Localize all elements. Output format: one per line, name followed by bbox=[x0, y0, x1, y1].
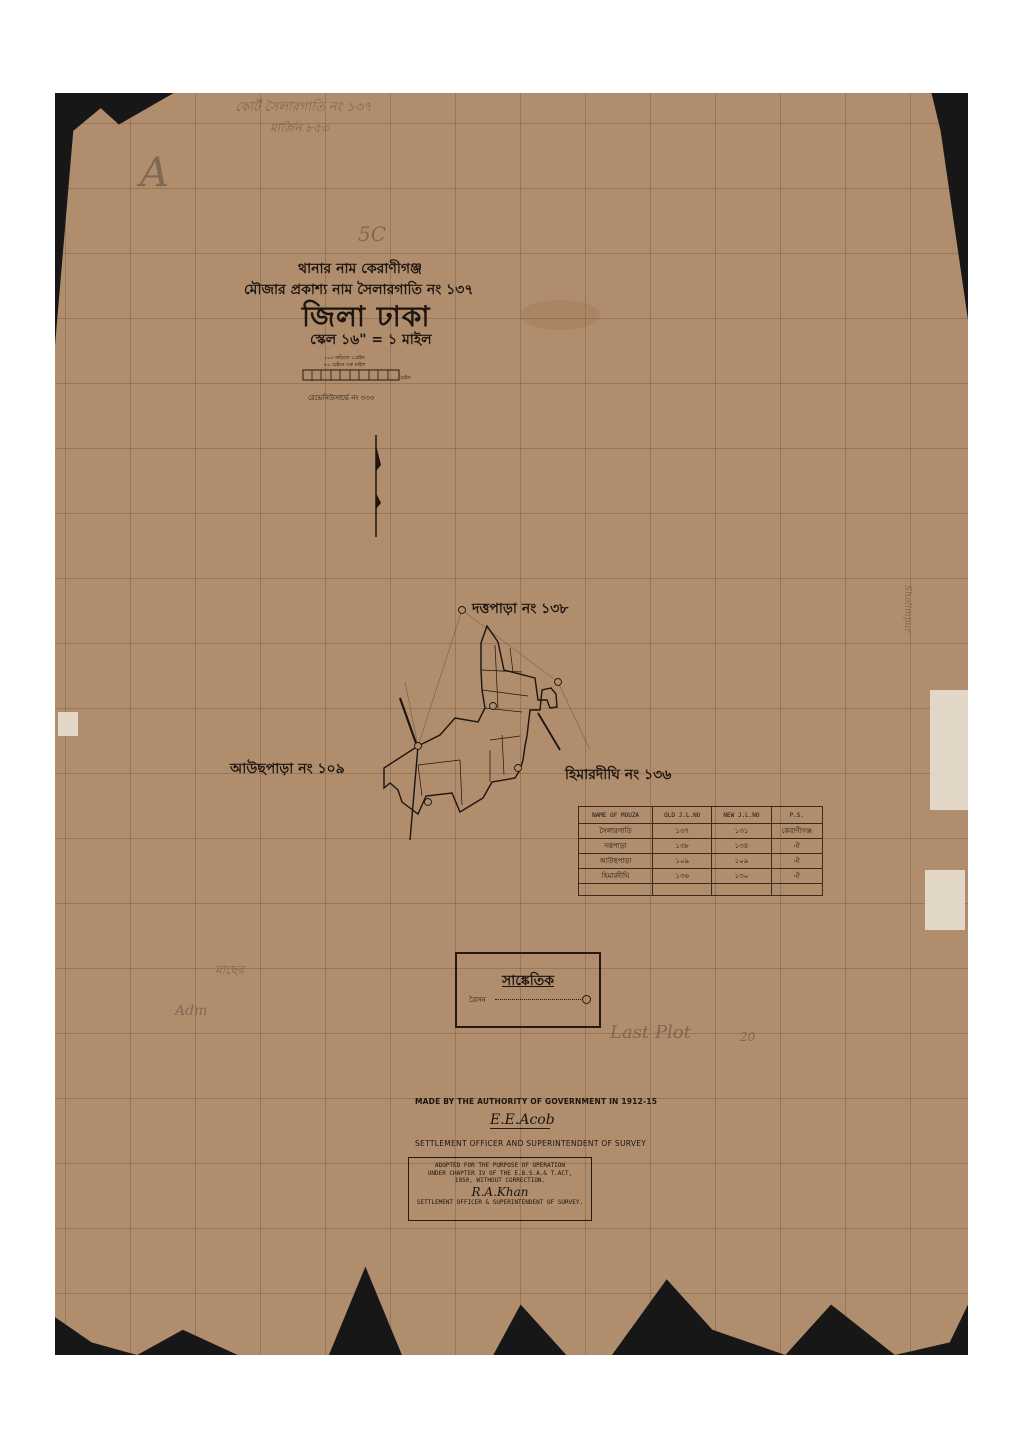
cell-mouza: আউছপাড়া bbox=[579, 854, 653, 869]
map-scale: স্কেল ১৬" = ১ মাইল bbox=[310, 328, 432, 352]
header-new-jl-no: NEW J.L.NO bbox=[712, 807, 771, 824]
made-by-authority: MADE BY THE AUTHORITY OF GOVERNMENT IN 1… bbox=[415, 1097, 657, 1106]
pencil-left-note-1: মাছের bbox=[215, 962, 244, 982]
cell-new-jl: ১৩৪ bbox=[712, 839, 771, 854]
pencil-note-top-2: মার্জিন ৮৫৩ bbox=[270, 120, 329, 140]
adoption-line-2: UNDER CHAPTER IV OF THE E.B.S.A.& T.ACT, bbox=[409, 1170, 591, 1178]
scale-bar-unit: চেইন bbox=[400, 375, 410, 383]
table-row bbox=[579, 884, 823, 896]
legend-title: সাঙ্কেতিক bbox=[457, 969, 599, 993]
cell-mouza bbox=[579, 884, 653, 896]
scale-bar-graphic bbox=[302, 369, 412, 383]
cell-mouza: হিমারদীঘি bbox=[579, 869, 653, 884]
cell-ps bbox=[771, 884, 822, 896]
signature-2: R.A.Khan bbox=[409, 1185, 591, 1199]
table-row: আউছপাড়া ১০৯ ১০৯ ঐ bbox=[579, 854, 823, 869]
header-name-of-mouza: NAME OF MOUZA bbox=[579, 807, 653, 824]
pencil-left-note-2: Adm bbox=[175, 1003, 207, 1019]
header-police-station: P.S. bbox=[771, 807, 822, 824]
legend-item-label: ত্রৈসন bbox=[469, 994, 486, 1006]
pencil-bottom-number: 20 bbox=[740, 1030, 755, 1044]
pencil-mark-a: A bbox=[140, 150, 169, 196]
cell-mouza: দত্তপাড়া bbox=[579, 839, 653, 854]
station-circle-icon bbox=[582, 995, 591, 1004]
adoption-line-1: ADOPTED FOR THE PURPOSE OF OPERATION bbox=[409, 1162, 591, 1170]
cell-old-jl: ১০৯ bbox=[653, 854, 712, 869]
table-row: সৈলারগাতি ১৩৭ ১৩১ কেরাণীগঞ্জ bbox=[579, 824, 823, 839]
adoption-line-3: 1950, WITHOUT CORRECTION. bbox=[409, 1177, 591, 1185]
revenue-survey-number: রেভেনিউসার্ভে নং ৩৩৩ bbox=[308, 392, 374, 404]
stain bbox=[520, 300, 600, 330]
cell-new-jl: ১৩১ bbox=[712, 824, 771, 839]
adjacent-mouza-east: হিমারদীঘি নং ১৩৬ bbox=[565, 763, 671, 787]
cell-new-jl: ১০৯ bbox=[712, 854, 771, 869]
pencil-side-note: Sholimpur bbox=[902, 585, 912, 633]
cell-ps: ঐ bbox=[771, 839, 822, 854]
cell-new-jl bbox=[712, 884, 771, 896]
cell-old-jl: ১৩৮ bbox=[653, 839, 712, 854]
tape-patch bbox=[930, 690, 968, 810]
cell-old-jl: ১৩৭ bbox=[653, 824, 712, 839]
adjacent-mouza-north: দত্তপাড়া নং ১৩৮ bbox=[472, 597, 568, 621]
header-old-jl-no: OLD J.L.NO bbox=[653, 807, 712, 824]
adjacent-mouza-west: আউছপাড়া নং ১০৯ bbox=[230, 757, 345, 781]
north-arrow-icon bbox=[368, 435, 384, 540]
pencil-note-top-1: কোর্ট সৈলারগাতি নং ১৩৭ bbox=[235, 98, 372, 119]
mouza-table: NAME OF MOUZA OLD J.L.NO NEW J.L.NO P.S.… bbox=[578, 806, 823, 896]
officer-title-1: SETTLEMENT OFFICER AND SUPERINTENDENT OF… bbox=[415, 1139, 646, 1148]
pencil-mark-5c: 5C bbox=[358, 222, 386, 246]
signature-1: E.E.Acob bbox=[490, 1112, 550, 1129]
cell-ps: ঐ bbox=[771, 854, 822, 869]
adoption-stamp: ADOPTED FOR THE PURPOSE OF OPERATION UND… bbox=[408, 1157, 592, 1221]
cell-old-jl bbox=[653, 884, 712, 896]
cell-ps: ঐ bbox=[771, 869, 822, 884]
officer-title-2: SETTLEMENT OFFICER & SUPERINTENDENT OF S… bbox=[409, 1199, 591, 1207]
table-header-row: NAME OF MOUZA OLD J.L.NO NEW J.L.NO P.S. bbox=[579, 807, 823, 824]
scale-bar: ১০০ কড়িতে ১চেইন ৮০ চেইনে এক মাইল চেইন bbox=[302, 355, 412, 395]
pencil-bottom-note: Last Plot bbox=[610, 1022, 691, 1043]
mouza-boundary-map bbox=[370, 600, 590, 840]
tape-patch bbox=[925, 870, 965, 930]
map-legend: সাঙ্কেতিক ত্রৈসন bbox=[455, 952, 601, 1028]
legend-dotted-line bbox=[495, 999, 583, 1000]
cell-mouza: সৈলারগাতি bbox=[579, 824, 653, 839]
table-row: দত্তপাড়া ১৩৮ ১৩৪ ঐ bbox=[579, 839, 823, 854]
table-row: হিমারদীঘি ১৩৬ ১৩০ ঐ bbox=[579, 869, 823, 884]
tape-patch bbox=[58, 712, 78, 736]
cell-new-jl: ১৩০ bbox=[712, 869, 771, 884]
cell-ps: কেরাণীগঞ্জ bbox=[771, 824, 822, 839]
cell-old-jl: ১৩৬ bbox=[653, 869, 712, 884]
